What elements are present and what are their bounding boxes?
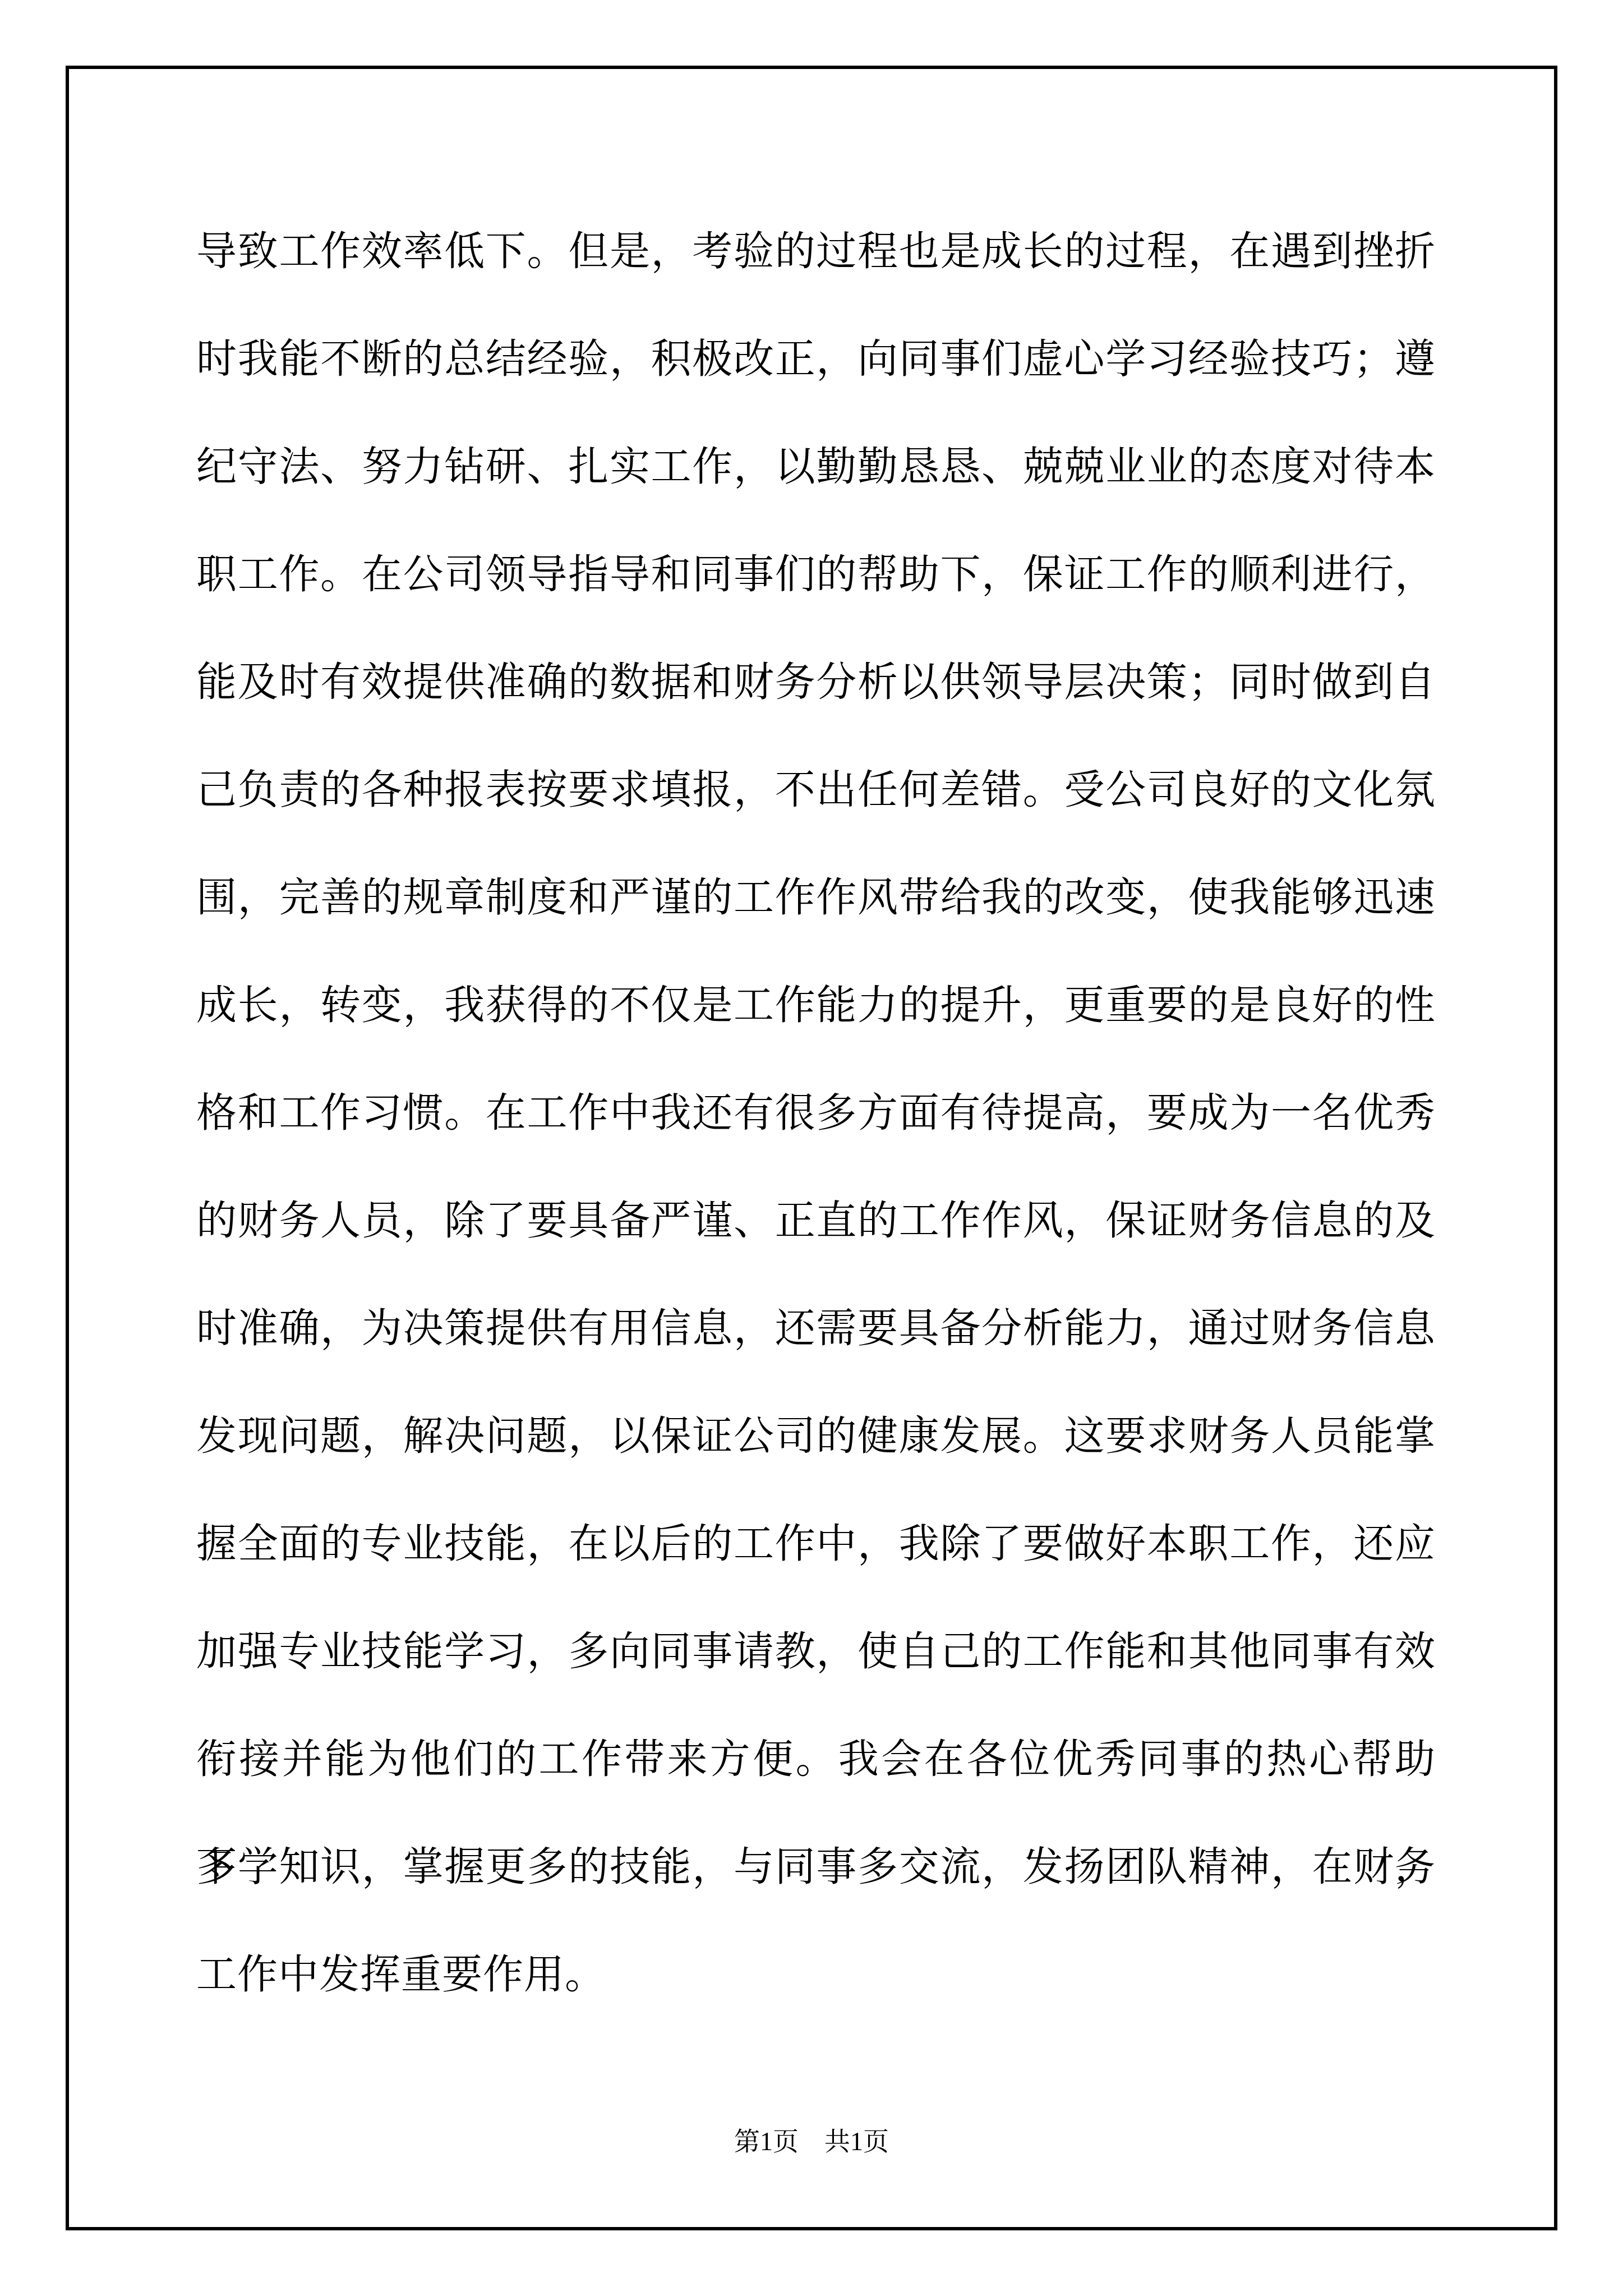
text-line: 能及时有效提供准确的数据和财务分析以供领导层决策；同时做到自 [196, 628, 1436, 736]
body-text: 导致工作效率低下。但是，考验的过程也是成长的过程，在遇到挫折 时我能不断的总结经… [196, 197, 1436, 2028]
text-line: 职工作。在公司领导指导和同事们的帮助下，保证工作的顺利进行， [196, 521, 1436, 628]
text-line: 成长，转变，我获得的不仅是工作能力的提升，更重要的是良好的性 [196, 951, 1436, 1059]
page-footer: 第1页共1页 [0, 2126, 1623, 2157]
text-line: 发现问题，解决问题，以保证公司的健康发展。这要求财务人员能掌 [196, 1382, 1436, 1490]
document-page: 导致工作效率低下。但是，考验的过程也是成长的过程，在遇到挫折 时我能不断的总结经… [0, 0, 1623, 2296]
total-pages-label: 共1页 [824, 2127, 889, 2156]
text-line: 工作中发挥重要作用。 [196, 1921, 1436, 2028]
text-line: 握全面的专业技能，在以后的工作中，我除了要做好本职工作，还应 [196, 1490, 1436, 1598]
text-line: 围，完善的规章制度和严谨的工作作风带给我的改变，使我能够迅速 [196, 844, 1436, 951]
text-line: 的财务人员，除了要具备严谨、正直的工作作风，保证财务信息的及 [196, 1167, 1436, 1274]
text-line: 己负责的各种报表按要求填报，不出任何差错。受公司良好的文化氛 [196, 736, 1436, 844]
text-line: 纪守法、努力钻研、扎实工作，以勤勤恳恳、兢兢业业的态度对待本 [196, 413, 1436, 521]
text-line: 导致工作效率低下。但是，考验的过程也是成长的过程，在遇到挫折 [196, 197, 1436, 305]
page-number-label: 第1页 [734, 2127, 799, 2156]
text-line: 加强专业技能学习，多向同事请教，使自己的工作能和其他同事有效 [196, 1598, 1436, 1705]
text-line: 时我能不断的总结经验，积极改正，向同事们虚心学习经验技巧；遵 [196, 305, 1436, 413]
text-line: 时准确，为决策提供有用信息，还需要具备分析能力，通过财务信息 [196, 1274, 1436, 1382]
text-line: 多学知识，掌握更多的技能，与同事多交流，发扬团队精神，在财务 [196, 1813, 1436, 1921]
text-line: 衔接并能为他们的工作带来方便。我会在各位优秀同事的热心帮助下， [196, 1705, 1436, 1813]
text-line: 格和工作习惯。在工作中我还有很多方面有待提高，要成为一名优秀 [196, 1059, 1436, 1167]
